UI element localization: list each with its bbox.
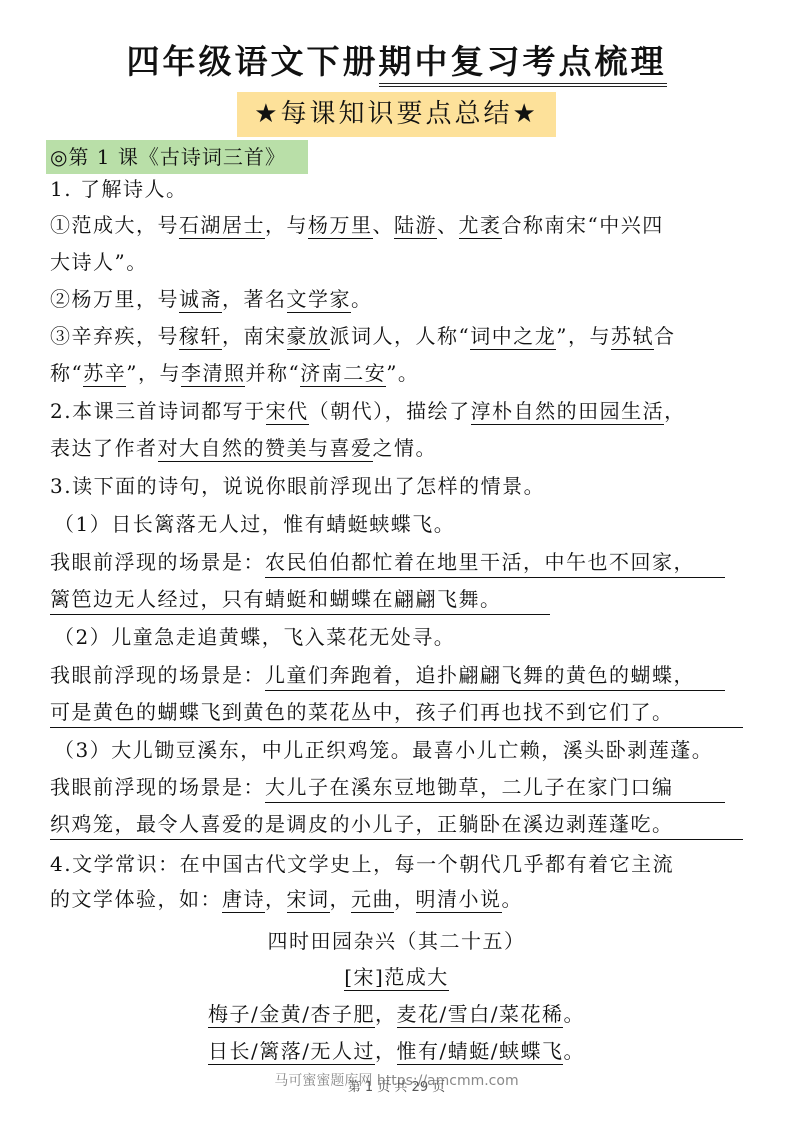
answer: 陆游 bbox=[394, 213, 437, 239]
section-banner: ★每课知识要点总结★ bbox=[237, 92, 556, 137]
poem-line-2: 日长/篱落/无人过，惟有/蜻蜓/蛱蝶飞。 bbox=[0, 1036, 793, 1066]
punctuation: 。 bbox=[563, 1002, 585, 1026]
page-footer: 马可蜜蜜题库网 https://amcmm.com 第 1 页 共 29 页 bbox=[0, 1070, 793, 1090]
poem-phrase: 麦花/雪白/菜花稀 bbox=[397, 1002, 564, 1028]
text: ”，与 bbox=[126, 361, 181, 385]
title-underlined: 期中复习考点梳理 bbox=[379, 42, 667, 87]
text: ， bbox=[394, 887, 416, 911]
label: 我眼前浮现的场景是： bbox=[50, 550, 265, 574]
page-title: 四年级语文下册期中复习考点梳理 bbox=[0, 40, 793, 84]
poem-phrase: 梅子/金黄/杏子肥 bbox=[208, 1002, 375, 1028]
scene-1-answer-cont: 篱笆边无人经过，只有蜻蜓和蝴蝶在翩翩飞舞。 bbox=[50, 584, 550, 615]
text: ③辛弃疾，号 bbox=[50, 324, 179, 348]
text: 2.本课三首诗词都写于 bbox=[50, 399, 266, 423]
text: ”。 bbox=[386, 361, 419, 385]
answer: 李清照 bbox=[181, 361, 246, 387]
poet-xin-qiji: ③辛弃疾，号稼轩，南宋豪放派词人，人称“词中之龙”，与苏轼合 bbox=[50, 321, 675, 351]
scene-3-verse: （3）大儿锄豆溪东，中儿正织鸡笼。最喜小儿亡赖，溪头卧剥莲蓬。 bbox=[54, 735, 713, 765]
text: 。 bbox=[502, 887, 524, 911]
punctuation: ， bbox=[375, 1039, 397, 1063]
poem-title: 四时田园杂兴（其二十五） bbox=[0, 926, 793, 956]
question-1-heading: 1. 了解诗人。 bbox=[50, 174, 187, 204]
answer: 石湖居士 bbox=[179, 213, 265, 239]
text: 并称“ bbox=[245, 361, 300, 385]
text: ， bbox=[664, 399, 686, 423]
answer: 苏辛 bbox=[83, 361, 126, 387]
label: 我眼前浮现的场景是： bbox=[50, 775, 265, 799]
poem-dynasty: [宋] bbox=[344, 965, 384, 991]
text: 合称南宋“中兴四 bbox=[502, 213, 664, 237]
answer: 苏轼 bbox=[611, 324, 654, 350]
text: ，与 bbox=[265, 213, 308, 237]
text: 的文学体验，如： bbox=[50, 887, 222, 911]
poem-line-1: 梅子/金黄/杏子肥，麦花/雪白/菜花稀。 bbox=[0, 999, 793, 1029]
text: ，南宋 bbox=[222, 324, 287, 348]
poem-phrase: 惟有/蜻蜓/蛱蝶飞 bbox=[397, 1039, 564, 1065]
question-4: 4.文学常识：在中国古代文学史上，每一个朝代几乎都有着它主流 bbox=[50, 849, 674, 879]
poet-yang-wanli: ②杨万里，号诚斋，著名文学家。 bbox=[50, 284, 373, 314]
question-2-cont: 表达了作者对大自然的赞美与喜爱之情。 bbox=[50, 433, 437, 463]
answer: 明清小说 bbox=[416, 887, 502, 913]
poet-xin-qiji-cont: 称“苏辛”，与李清照并称“济南二安”。 bbox=[50, 358, 419, 388]
punctuation: ， bbox=[375, 1002, 397, 1026]
answer: 织鸡笼，最令人喜爱的是调皮的小儿子，正躺卧在溪边剥莲蓬吃。 bbox=[50, 809, 743, 840]
answer: 宋词 bbox=[287, 887, 330, 913]
answer: 文学家 bbox=[287, 287, 352, 313]
text: 称“ bbox=[50, 361, 83, 385]
scene-1-answer: 我眼前浮现的场景是：农民伯伯都忙着在地里干活，中午也不回家， bbox=[50, 547, 725, 578]
text: 、 bbox=[437, 213, 459, 237]
answer: 唐诗 bbox=[222, 887, 265, 913]
text: 表达了作者 bbox=[50, 436, 158, 460]
scene-2-verse: （2）儿童急走追黄蝶，飞入菜花无处寻。 bbox=[54, 622, 455, 652]
answer: 词中之龙 bbox=[470, 324, 556, 350]
poem-phrase: 日长/篱落/无人过 bbox=[208, 1039, 375, 1065]
document-page: 四年级语文下册期中复习考点梳理 ★每课知识要点总结★ ◎第 1 课《古诗词三首》… bbox=[0, 0, 793, 1122]
text: 合 bbox=[654, 324, 676, 348]
text: ②杨万里，号 bbox=[50, 287, 179, 311]
text: 。 bbox=[351, 287, 373, 311]
poem-author-name: 范成大 bbox=[384, 965, 449, 991]
poet-fan-chengda-cont: 大诗人”。 bbox=[50, 247, 148, 277]
text: （朝代），描绘了 bbox=[309, 399, 471, 423]
text: ，著名 bbox=[222, 287, 287, 311]
title-prefix: 四年级语文下册 bbox=[127, 42, 379, 81]
answer: 豪放 bbox=[287, 324, 330, 350]
answer: 可是黄色的蝴蝶飞到黄色的菜花丛中，孩子们再也找不到它们了。 bbox=[50, 697, 743, 728]
text: ， bbox=[265, 887, 287, 911]
answer: 大儿子在溪东豆地锄草，二儿子在家门口编 bbox=[265, 772, 725, 803]
question-2: 2.本课三首诗词都写于宋代（朝代），描绘了淳朴自然的田园生活， bbox=[50, 396, 686, 426]
text: 、 bbox=[373, 213, 395, 237]
answer: 对大自然的赞美与喜爱 bbox=[158, 436, 373, 462]
answer: 儿童们奔跑着，追扑翩翩飞舞的黄色的蝴蝶， bbox=[265, 660, 725, 691]
text: ”，与 bbox=[556, 324, 611, 348]
scene-2-answer: 我眼前浮现的场景是：儿童们奔跑着，追扑翩翩飞舞的黄色的蝴蝶， bbox=[50, 660, 725, 691]
label: 我眼前浮现的场景是： bbox=[50, 663, 265, 687]
text: 之情。 bbox=[373, 436, 438, 460]
answer: 诚斋 bbox=[179, 287, 222, 313]
lesson-header: ◎第 1 课《古诗词三首》 bbox=[46, 140, 308, 174]
poem-author: [宋]范成大 bbox=[0, 962, 793, 992]
answer: 农民伯伯都忙着在地里干活，中午也不回家， bbox=[265, 547, 725, 578]
answer: 济南二安 bbox=[300, 361, 386, 387]
answer: 淳朴自然的田园生活 bbox=[471, 399, 665, 425]
answer: 元曲 bbox=[351, 887, 394, 913]
question-4-cont: 的文学体验，如：唐诗，宋词，元曲，明清小说。 bbox=[50, 884, 523, 914]
question-3-heading: 3.读下面的诗句，说说你眼前浮现出了怎样的情景。 bbox=[50, 471, 545, 501]
answer: 稼轩 bbox=[179, 324, 222, 350]
answer: 篱笆边无人经过，只有蜻蜓和蝴蝶在翩翩飞舞。 bbox=[50, 584, 550, 615]
scene-2-answer-cont: 可是黄色的蝴蝶飞到黄色的菜花丛中，孩子们再也找不到它们了。 bbox=[50, 697, 743, 728]
answer: 尤袤 bbox=[459, 213, 502, 239]
answer: 宋代 bbox=[266, 399, 309, 425]
answer: 杨万里 bbox=[308, 213, 373, 239]
scene-3-answer: 我眼前浮现的场景是：大儿子在溪东豆地锄草，二儿子在家门口编 bbox=[50, 772, 725, 803]
page-number: 第 1 页 共 29 页 bbox=[0, 1076, 793, 1095]
text: 派词人，人称“ bbox=[330, 324, 471, 348]
text: ①范成大，号 bbox=[50, 213, 179, 237]
text: ， bbox=[330, 887, 352, 911]
scene-3-answer-cont: 织鸡笼，最令人喜爱的是调皮的小儿子，正躺卧在溪边剥莲蓬吃。 bbox=[50, 809, 743, 840]
scene-1-verse: （1）日长篱落无人过，惟有蜻蜓蛱蝶飞。 bbox=[54, 509, 455, 539]
punctuation: 。 bbox=[563, 1039, 585, 1063]
poet-fan-chengda: ①范成大，号石湖居士，与杨万里、陆游、尤袤合称南宋“中兴四 bbox=[50, 210, 664, 240]
